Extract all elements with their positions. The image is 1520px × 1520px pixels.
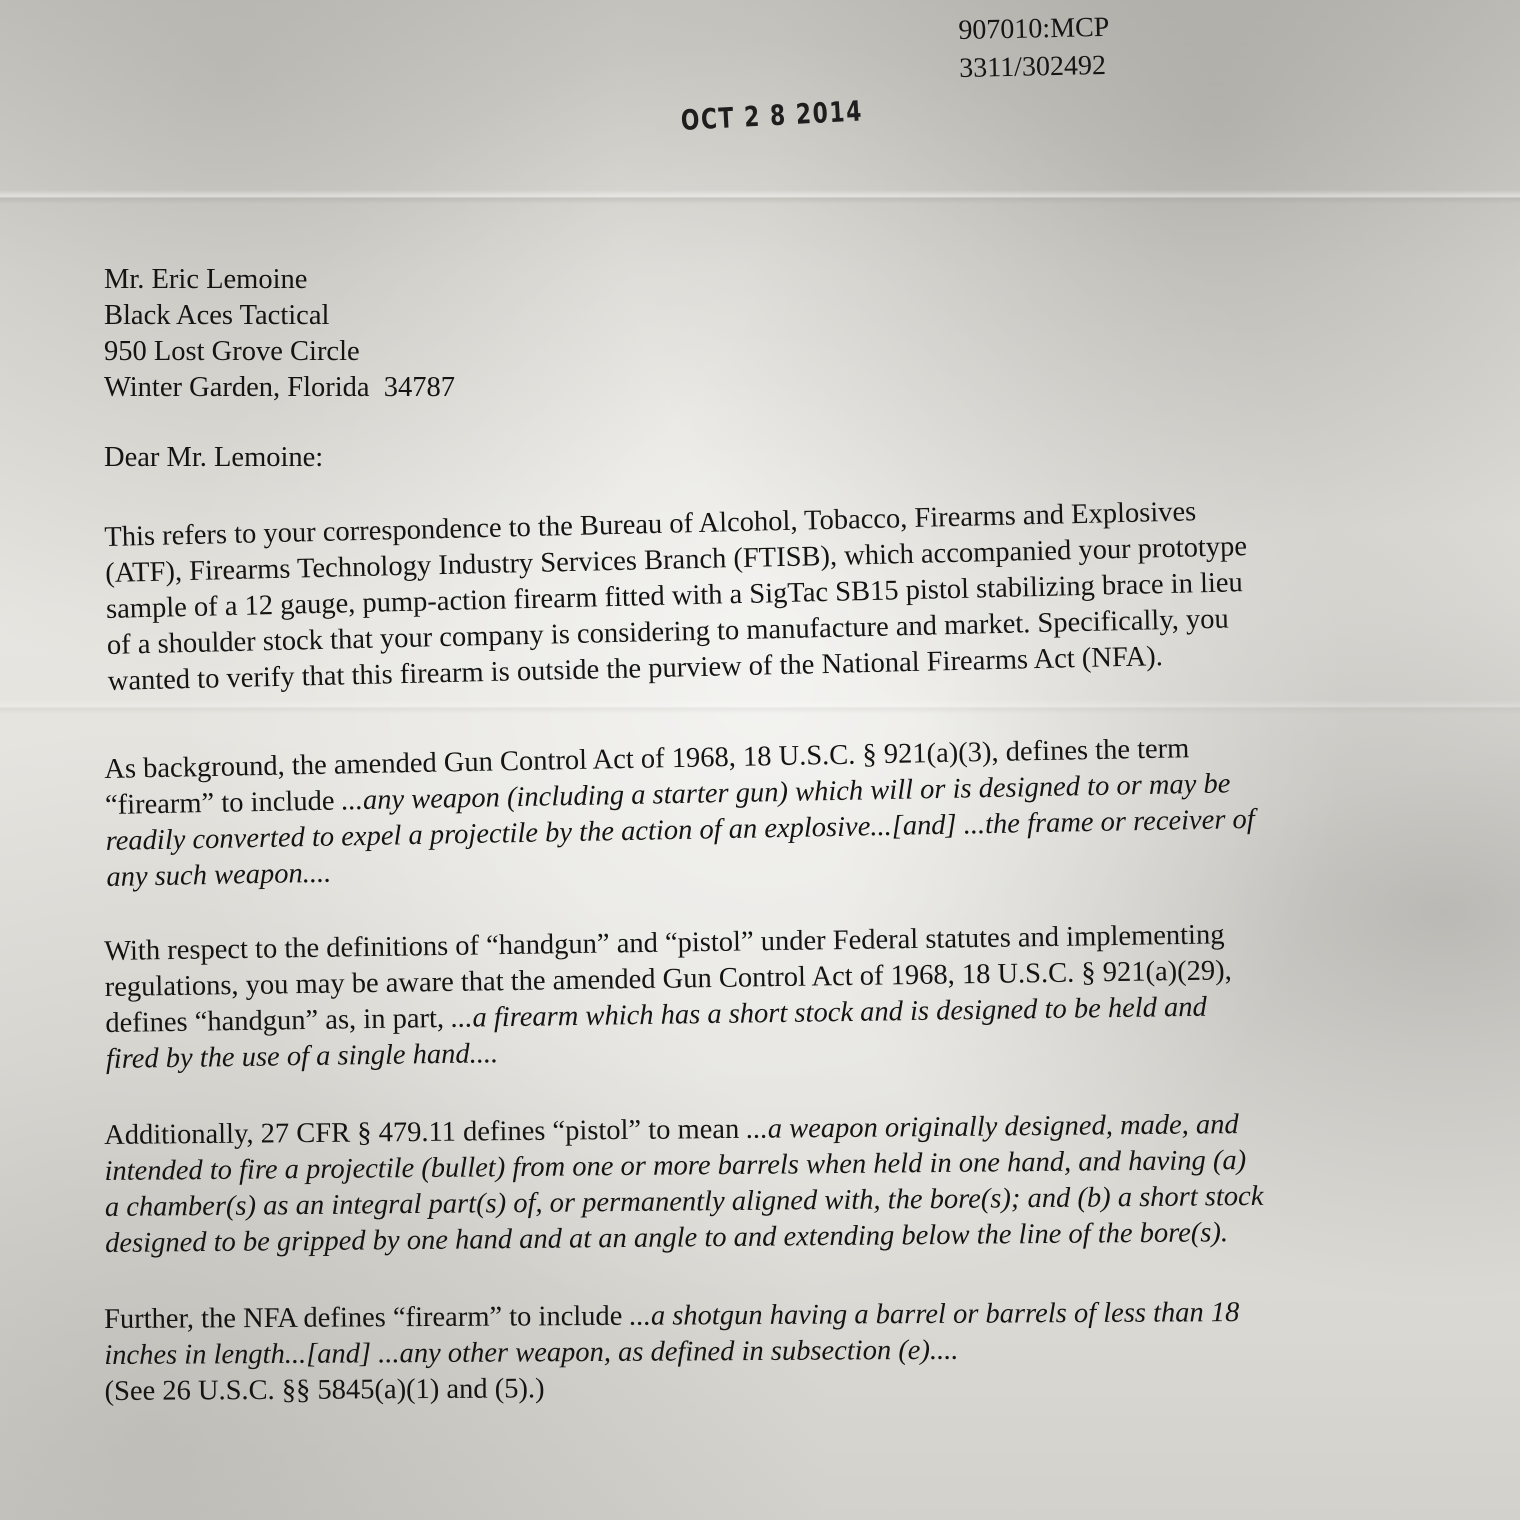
recipient-name: Mr. Eric Lemoine (104, 262, 1444, 298)
paper-crease (0, 190, 1520, 204)
letter-page: 907010:MCP 3311/302492 OCT 2 8 2014 Mr. … (0, 0, 1520, 1520)
body-text: Further, the NFA defines “firearm” to in… (104, 1301, 630, 1335)
quoted-statute-text: any such weapon.... (106, 858, 331, 893)
reference-block: 907010:MCP 3311/302492 (958, 9, 1110, 88)
recipient-city-state-zip: Winter Garden, Florida 34787 (104, 370, 1444, 406)
paragraph: Additionally, 27 CFR § 479.11 defines “p… (104, 1105, 1445, 1262)
body-text: defines “handgun” as, in part, (105, 1003, 451, 1039)
quoted-statute-text: designed to be gripped by one hand and a… (105, 1217, 1228, 1259)
quoted-statute-text: fired by the use of a single hand.... (106, 1038, 499, 1075)
quoted-statute-text: ...a shotgun having a barrel or barrels … (629, 1297, 1239, 1332)
paragraph: Further, the NFA defines “firearm” to in… (104, 1294, 1445, 1410)
body-text: “firearm” to include (105, 785, 342, 821)
paragraph: As background, the amended Gun Control A… (104, 726, 1447, 896)
body-text: Additionally, 27 CFR § 479.11 defines “p… (104, 1114, 747, 1151)
paragraph-line: (See 26 U.S.C. §§ 5845(a)(1) and (5).) (104, 1366, 1444, 1410)
body-text: (See 26 U.S.C. §§ 5845(a)(1) and (5).) (104, 1373, 544, 1407)
recipient-address: Mr. Eric Lemoine Black Aces Tactical 950… (104, 262, 1444, 406)
paragraph: This refers to your correspondence to th… (104, 488, 1448, 700)
paragraph: With respect to the definitions of “hand… (104, 914, 1446, 1078)
reference-number: 3311/302492 (959, 47, 1111, 88)
quoted-statute-text: ...a weapon originally designed, made, a… (746, 1109, 1239, 1145)
recipient-company: Black Aces Tactical (104, 298, 1444, 334)
quoted-statute-text: inches in length...[and] ...any other we… (104, 1335, 958, 1371)
date-stamp: OCT 2 8 2014 (680, 94, 864, 136)
salutation: Dear Mr. Lemoine: (104, 440, 1444, 476)
reference-code: 907010:MCP (958, 9, 1110, 50)
letter-body: Mr. Eric Lemoine Black Aces Tactical 950… (104, 262, 1444, 1410)
recipient-street: 950 Lost Grove Circle (104, 334, 1444, 370)
